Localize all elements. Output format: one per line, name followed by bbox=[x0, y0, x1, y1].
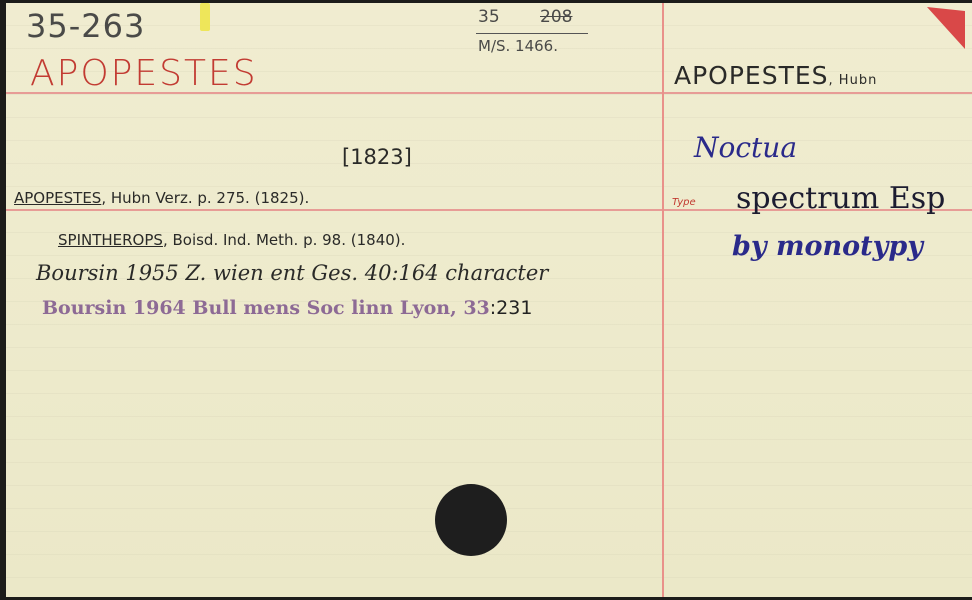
type-genus: Noctua bbox=[694, 131, 797, 164]
entry-spintherops: SPINTHEROPS, Boisd. Ind. Meth. p. 98. (1… bbox=[58, 231, 405, 249]
margin-rule bbox=[662, 3, 664, 597]
entry-name: APOPESTES bbox=[14, 189, 101, 207]
type-species: spectrum Esp bbox=[736, 181, 945, 216]
entry-name: SPINTHEROPS bbox=[58, 231, 163, 249]
entry-year: (1840). bbox=[351, 231, 406, 249]
entry-citation: , Hubn Verz. p. 275. bbox=[101, 189, 249, 207]
entry-citation: , Boisd. Ind. Meth. p. 98. bbox=[163, 231, 346, 249]
reference-numerator: 35 bbox=[478, 7, 500, 27]
red-corner-tab bbox=[927, 7, 965, 49]
type-label: Type bbox=[672, 197, 696, 208]
entry-year: (1825). bbox=[255, 189, 310, 207]
reference-denominator: M/S. 1466. bbox=[478, 37, 558, 55]
entry-apopestes: APOPESTES, Hubn Verz. p. 275. (1825). bbox=[14, 189, 309, 207]
right-heading-genus: APOPESTES bbox=[674, 61, 829, 90]
year-bracket: [1823] bbox=[342, 145, 412, 169]
yellow-highlight-mark bbox=[200, 3, 210, 31]
stamp-line: Boursin 1964 Bull mens Soc linn Lyon, 33… bbox=[42, 297, 532, 319]
entry-boursin-1955: Boursin 1955 Z. wien ent Ges. 40:164 cha… bbox=[36, 261, 548, 285]
stamp-page: :231 bbox=[490, 297, 533, 319]
right-heading: APOPESTES, Hubn bbox=[674, 61, 877, 90]
genus-heading: APOPESTES bbox=[30, 53, 258, 94]
catalog-number: 35-263 bbox=[26, 7, 145, 45]
punch-hole bbox=[435, 484, 507, 556]
type-method: by monotypy bbox=[732, 231, 923, 262]
right-heading-author: , Hubn bbox=[829, 73, 878, 88]
stamp-text: Boursin 1964 Bull mens Soc linn Lyon, 33 bbox=[42, 297, 490, 319]
reference-struck: 208 bbox=[540, 7, 572, 27]
index-card: 35-263 APOPESTES 35 208 M/S. 1466. APOPE… bbox=[6, 3, 972, 597]
